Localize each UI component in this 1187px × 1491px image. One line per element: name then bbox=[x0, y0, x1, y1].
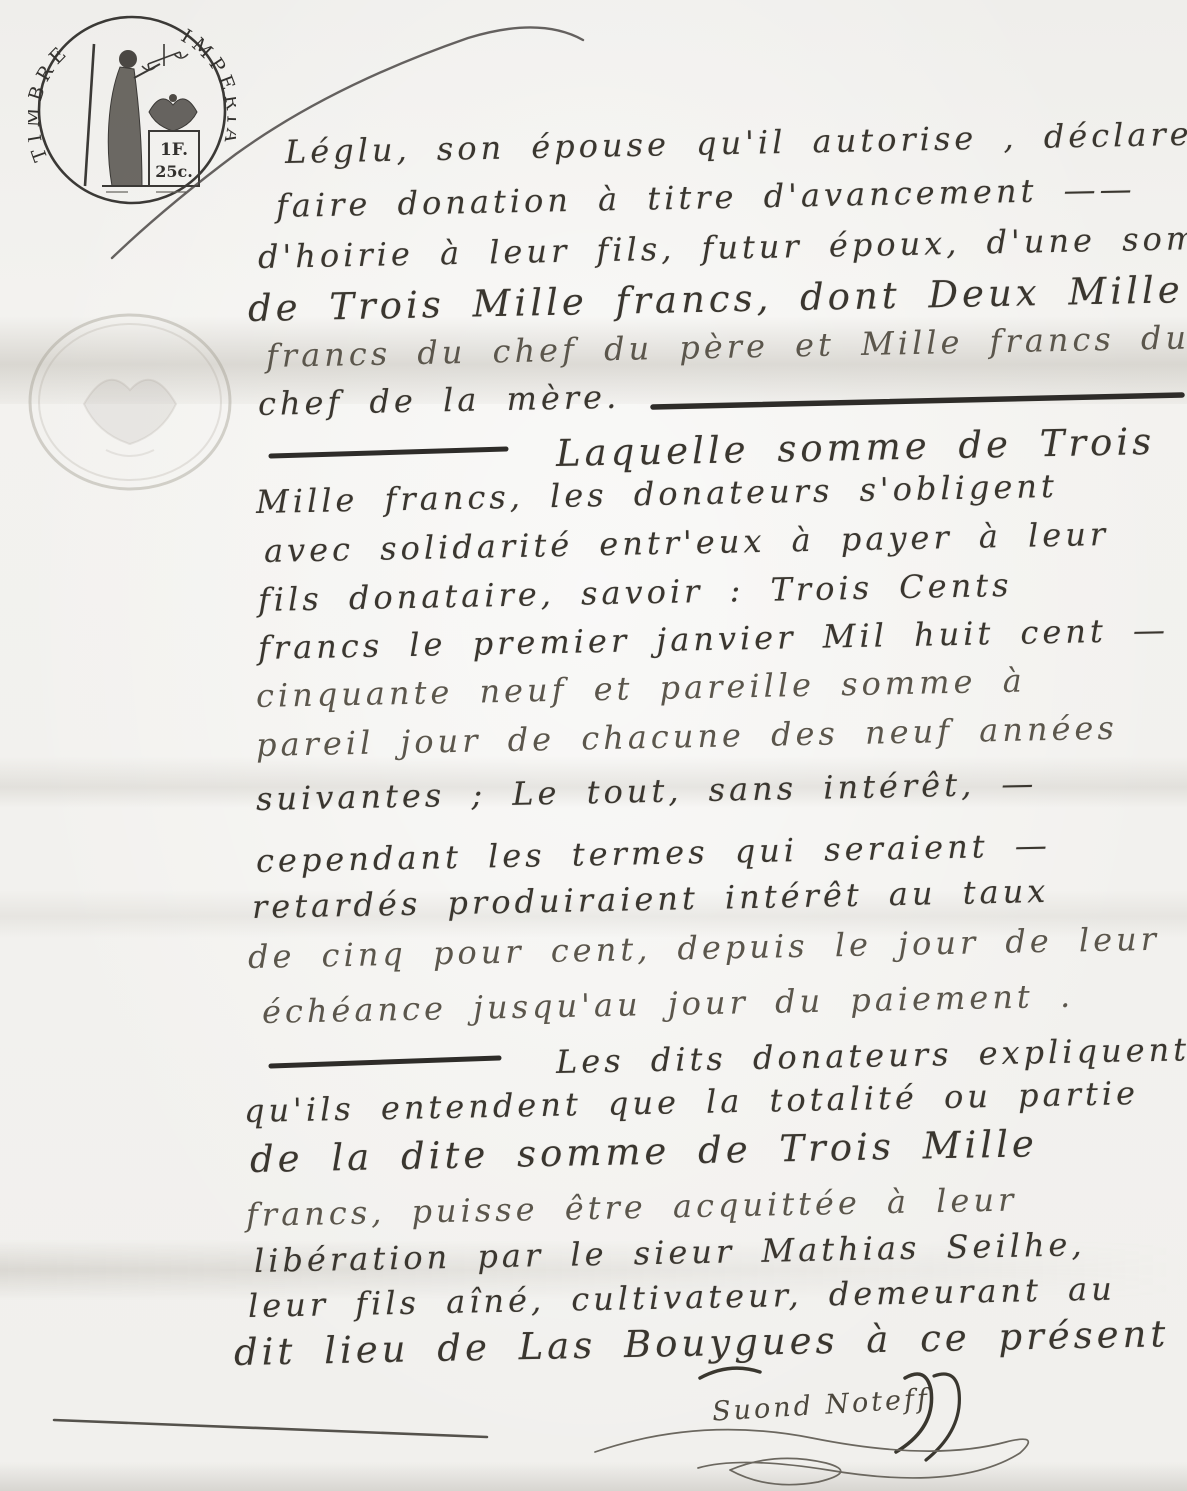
handwritten-line: francs le premier janvier Mil huit cent … bbox=[258, 611, 1170, 667]
handwritten-line: Mille francs, les donateurs s'obligent bbox=[256, 467, 1059, 521]
ink-rule bbox=[54, 1420, 487, 1437]
handwritten-line: faire donation à titre d'avancement —— bbox=[276, 170, 1136, 225]
handwritten-line: cinquante neuf et pareille somme à bbox=[256, 662, 1026, 715]
handwritten-line: francs, puisse être acquittée à leur bbox=[246, 1181, 1018, 1234]
handwritten-line: d'hoirie à leur fils, futur époux, d'une… bbox=[258, 218, 1187, 276]
ink-rule bbox=[271, 1058, 499, 1066]
embossed-seal-graphic bbox=[22, 312, 238, 496]
handwritten-line: échéance jusqu'au jour du paiement . bbox=[262, 977, 1075, 1031]
handwritten-line: qu'ils entendent que la totalité ou part… bbox=[244, 1074, 1140, 1130]
handwritten-line: Léglu, son épouse qu'il autorise , décla… bbox=[285, 113, 1187, 171]
revenue-stamp-timbre-imperial: TIMBRE IMPERIAL. bbox=[28, 14, 236, 214]
stamp-pedestal: 1F. 25c. bbox=[149, 131, 199, 186]
stamp-value-bottom: 25c. bbox=[155, 162, 193, 181]
handwritten-line: de cinq pour cent, depuis le jour de leu… bbox=[248, 920, 1161, 976]
handwritten-line: pareil jour de chacune des neuf années bbox=[256, 709, 1119, 764]
notary-signature: Suond Noteff bbox=[711, 1383, 931, 1427]
handwritten-line: fils donataire, savoir : Trois Cents bbox=[258, 566, 1013, 619]
handwritten-line: chef de la mère. bbox=[258, 378, 621, 423]
scanned-document-page: TIMBRE IMPERIAL. bbox=[0, 0, 1187, 1491]
handwritten-line: retardés produiraient intérêt au taux bbox=[252, 872, 1050, 926]
staff-icon bbox=[85, 44, 94, 186]
stamp-value-top: 1F. bbox=[160, 140, 188, 160]
scales-icon bbox=[142, 44, 188, 70]
handwritten-line: Les dits donateurs expliquent bbox=[556, 1030, 1187, 1081]
eagle-icon bbox=[149, 94, 197, 131]
ink-rule bbox=[271, 449, 506, 456]
ink-rule bbox=[653, 395, 1182, 407]
signature-paraph bbox=[595, 1368, 1028, 1485]
handwritten-line: Laquelle somme de Trois bbox=[556, 420, 1156, 475]
handwritten-line: francs du chef du père et Mille francs d… bbox=[266, 318, 1187, 375]
handwritten-line: suivantes ; Le tout, sans intérêt, — bbox=[256, 764, 1038, 818]
paper-fold-shadow bbox=[0, 1462, 1187, 1491]
figure-body bbox=[108, 67, 142, 186]
figure-head bbox=[119, 50, 137, 68]
revenue-stamp-graphic: TIMBRE IMPERIAL. bbox=[28, 14, 236, 210]
blind-embossed-seal bbox=[22, 312, 238, 500]
handwritten-line: de la dite somme de Trois Mille bbox=[250, 1122, 1039, 1181]
handwritten-line: avec solidarité entr'eux à payer à leur bbox=[264, 515, 1110, 570]
handwritten-line: cependant les termes qui seraient — bbox=[256, 826, 1051, 880]
stamp-arc-text-left: TIMBRE bbox=[28, 39, 75, 164]
embossed-eagle-icon bbox=[84, 380, 176, 444]
